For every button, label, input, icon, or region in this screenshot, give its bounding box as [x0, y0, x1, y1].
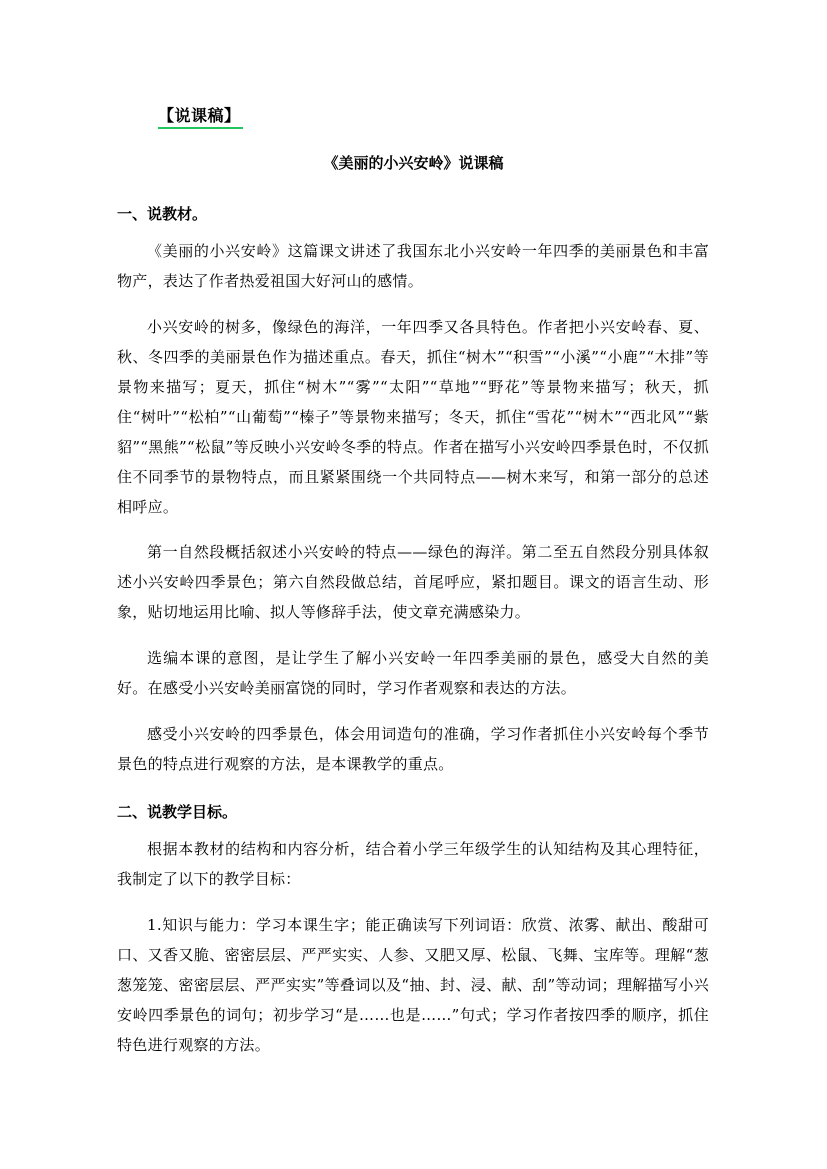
section-heading-teaching-material: 一、说教材。: [117, 204, 207, 224]
paragraph: 小兴安岭的树多，像绿色的海洋，一年四季又各具特色。作者把小兴安岭春、夏、秋、冬四…: [117, 312, 709, 522]
document-tag-label: 【说课稿】: [158, 106, 243, 129]
paragraph: 感受小兴安岭的四季景色，体会用词造句的准确，学习作者抓住小兴安岭每个季节景色的特…: [117, 719, 709, 779]
goal-item-knowledge-ability: 1.知识与能力：学习本课生字；能正确读写下列词语：欣赏、浓雾、献出、酸甜可口、又…: [117, 910, 709, 1060]
document-title: 《美丽的小兴安岭》说课稿: [0, 153, 827, 173]
section-heading-teaching-goals: 二、说教学目标。: [117, 802, 237, 822]
paragraph: 第一自然段概括叙述小兴安岭的特点——绿色的海洋。第二至五自然段分别具体叙述小兴安…: [117, 537, 709, 627]
paragraph: 根据本教材的结构和内容分析，结合着小学三年级学生的认知结构及其心理特征，我制定了…: [117, 834, 709, 894]
paragraph: 《美丽的小兴安岭》这篇课文讲述了我国东北小兴安岭一年四季的美丽景色和丰富物产，表…: [117, 236, 709, 296]
paragraph: 选编本课的意图，是让学生了解小兴安岭一年四季美丽的景色，感受大自然的美好。在感受…: [117, 643, 709, 703]
